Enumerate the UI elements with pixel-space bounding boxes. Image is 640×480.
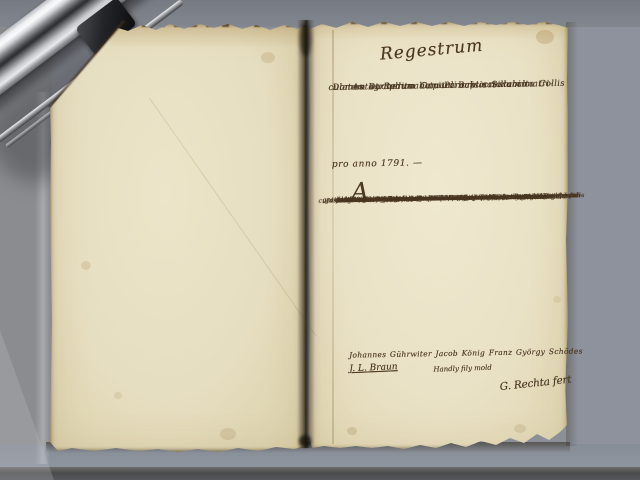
date-line: pro anno 1791. — [332, 158, 423, 170]
signature-left: J. L. Braun [349, 362, 398, 374]
manuscript-text-block: Regestrum Autographum actuum Baptisatoru… [305, 16, 574, 451]
left-page-blank [50, 22, 306, 452]
witness-line: Johannes Gührwiter Jacob König Franz Gyö… [349, 347, 583, 360]
table-edge-strip [0, 467, 640, 480]
body-line: declaravit, ut mag, intellexit 1791 [335, 194, 452, 206]
signature-right: G. Rechta fert [499, 374, 572, 393]
manuscript-photo: Regestrum Autographum actuum Baptisatoru… [0, 0, 640, 480]
stain [81, 261, 91, 270]
stain [220, 428, 236, 440]
signature-middle: Handly fily mold [433, 364, 492, 374]
heading-line: Domus Ducherum Capituli oris creata alta… [332, 78, 565, 95]
stain [261, 52, 275, 63]
manuscript-title: Regestrum [379, 36, 484, 65]
stain [114, 392, 122, 399]
gutter-dark-mark-bottom [299, 435, 311, 447]
